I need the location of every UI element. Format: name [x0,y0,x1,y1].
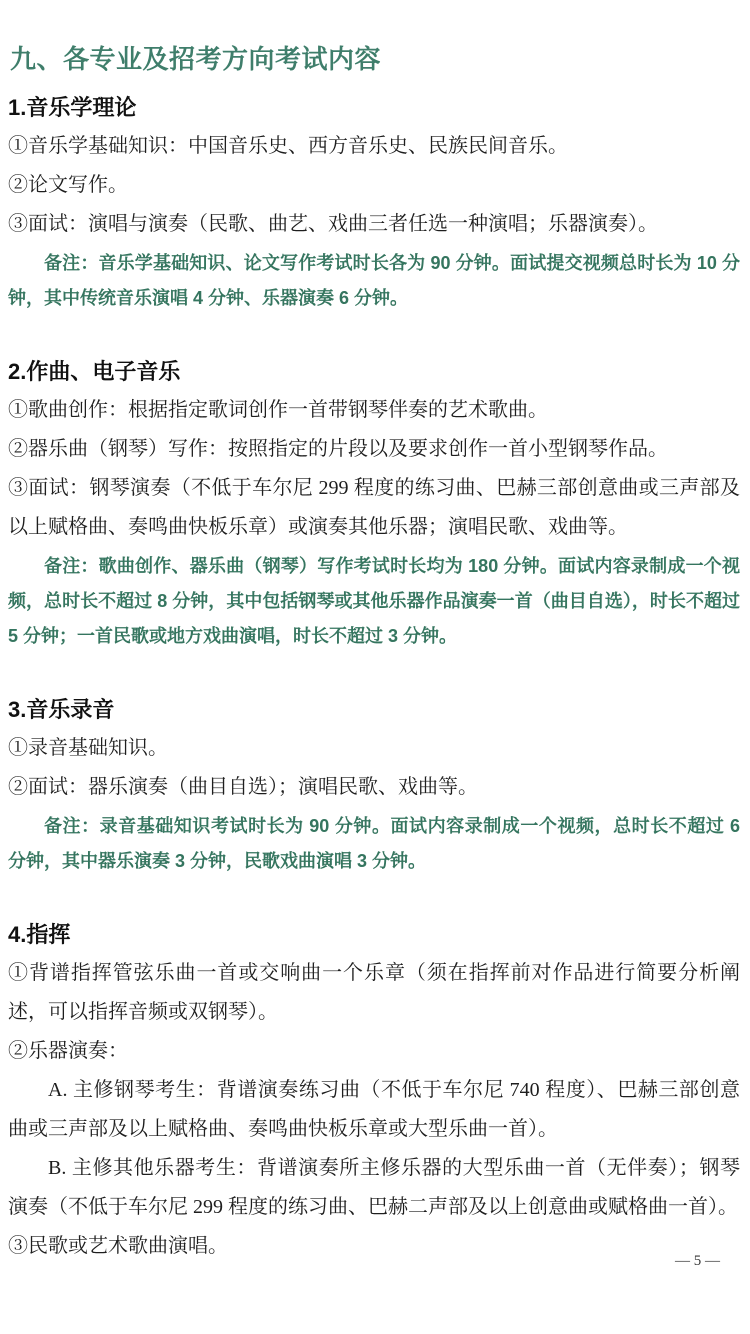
note-paragraph: 备注：录音基础知识考试时长为 90 分钟。面试内容录制成一个视频，总时长不超过 … [8,809,740,879]
paragraph: ①录音基础知识。 [8,729,740,768]
section-heading: 3.音乐录音 [8,690,740,729]
section-music-theory: 1.音乐学理论 ①音乐学基础知识：中国音乐史、西方音乐史、民族民间音乐。 ②论文… [8,88,740,316]
section-conducting: 4.指挥 ①背谱指挥管弦乐曲一首或交响曲一个乐章（须在指挥前对作品进行简要分析阐… [8,915,740,1266]
section-heading: 1.音乐学理论 [8,88,740,127]
section-heading: 2.作曲、电子音乐 [8,352,740,391]
paragraph: ②面试：器乐演奏（曲目自选）；演唱民歌、戏曲等。 [8,768,740,807]
page-title: 九、各专业及招考方向考试内容 [10,42,740,76]
note-paragraph: 备注：音乐学基础知识、论文写作考试时长各为 90 分钟。面试提交视频总时长为 1… [8,246,740,316]
page-number: — 5 — [675,1253,720,1270]
paragraph: ③面试：钢琴演奏（不低于车尔尼 299 程度的练习曲、巴赫三部创意曲或三声部及以… [8,469,740,547]
paragraph: ③民歌或艺术歌曲演唱。 [8,1227,740,1266]
sub-paragraph: B. 主修其他乐器考生：背谱演奏所主修乐器的大型乐曲一首（无伴奏）；钢琴演奏（不… [8,1149,740,1227]
section-heading: 4.指挥 [8,915,740,954]
paragraph: ①音乐学基础知识：中国音乐史、西方音乐史、民族民间音乐。 [8,127,740,166]
paragraph: ②论文写作。 [8,166,740,205]
paragraph: ①背谱指挥管弦乐曲一首或交响曲一个乐章（须在指挥前对作品进行简要分析阐述，可以指… [8,954,740,1032]
paragraph: ②乐器演奏： [8,1032,740,1071]
section-composition-electronic-music: 2.作曲、电子音乐 ①歌曲创作：根据指定歌词创作一首带钢琴伴奏的艺术歌曲。 ②器… [8,352,740,654]
document-page: 九、各专业及招考方向考试内容 1.音乐学理论 ①音乐学基础知识：中国音乐史、西方… [0,0,750,1334]
paragraph: ②器乐曲（钢琴）写作：按照指定的片段以及要求创作一首小型钢琴作品。 [8,430,740,469]
paragraph: ①歌曲创作：根据指定歌词创作一首带钢琴伴奏的艺术歌曲。 [8,391,740,430]
paragraph: ③面试：演唱与演奏（民歌、曲艺、戏曲三者任选一种演唱；乐器演奏）。 [8,205,740,244]
note-paragraph: 备注：歌曲创作、器乐曲（钢琴）写作考试时长均为 180 分钟。面试内容录制成一个… [8,549,740,654]
section-music-recording: 3.音乐录音 ①录音基础知识。 ②面试：器乐演奏（曲目自选）；演唱民歌、戏曲等。… [8,690,740,879]
sub-paragraph: A. 主修钢琴考生：背谱演奏练习曲（不低于车尔尼 740 程度）、巴赫三部创意曲… [8,1071,740,1149]
